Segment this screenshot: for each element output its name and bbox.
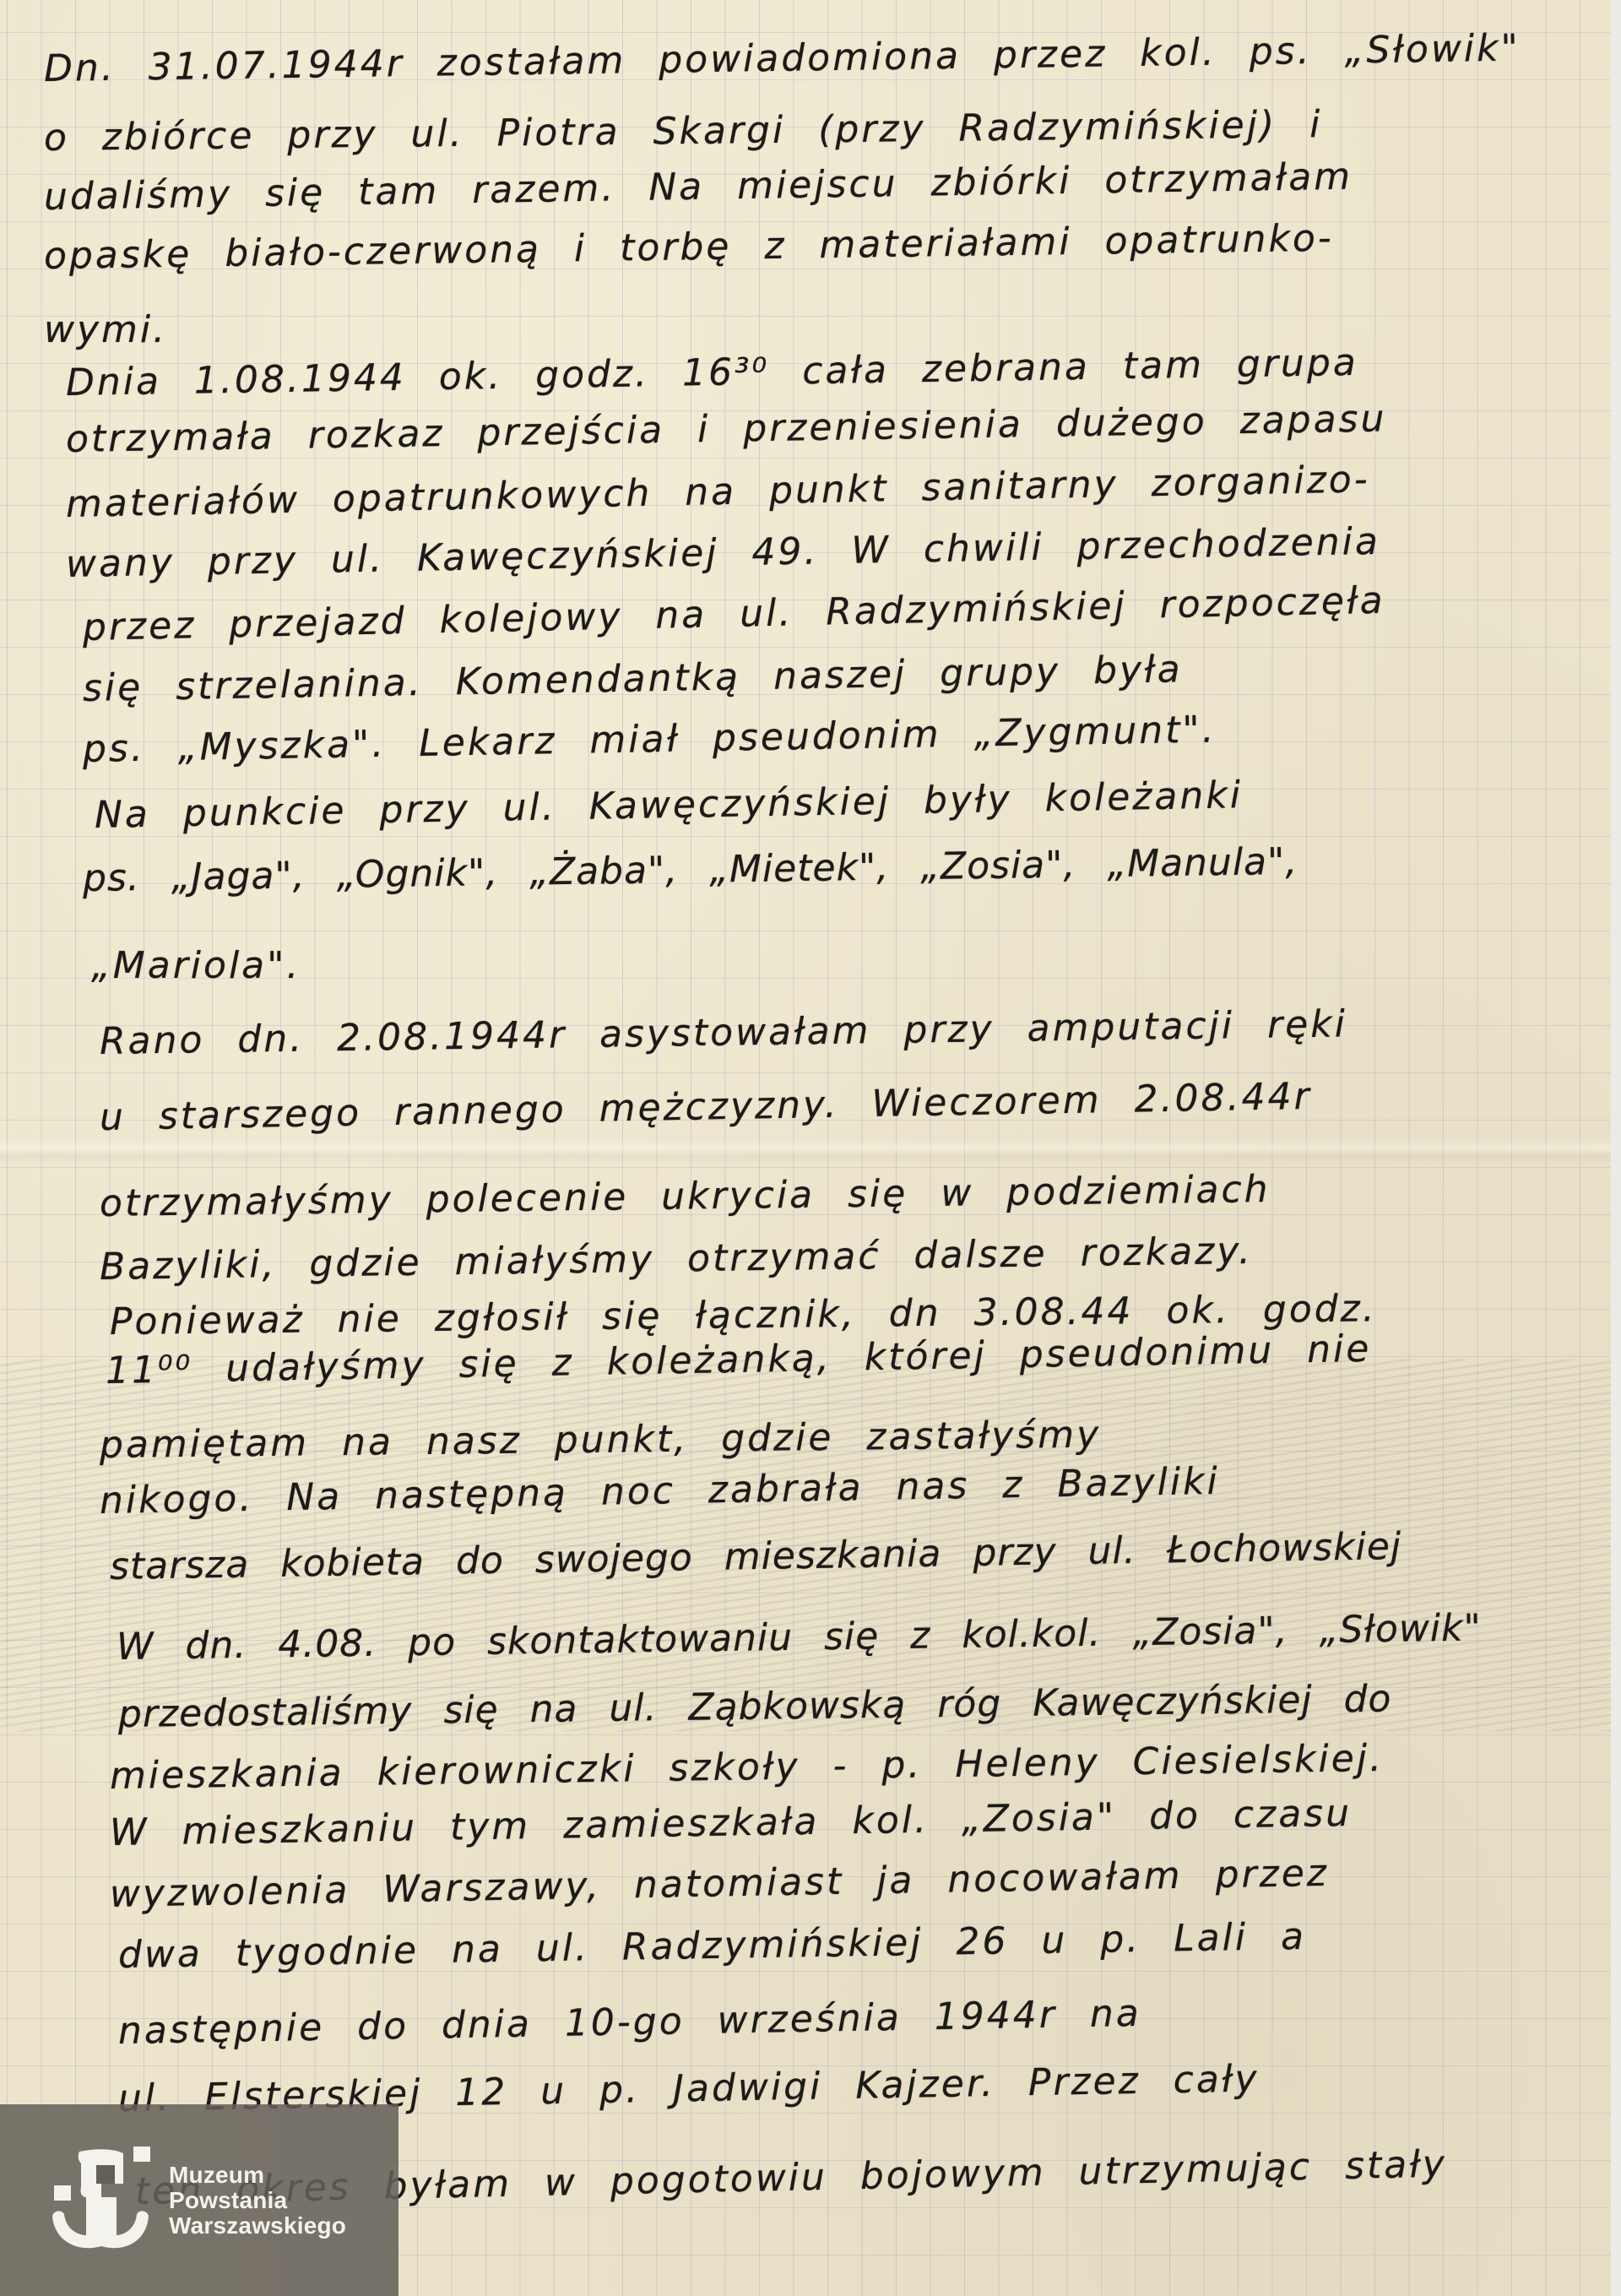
text-line-14: ps. „Jaga", „Ognik", „Żaba", „Mietek", „…	[83, 840, 1298, 900]
scanned-document-page: Dn. 31.07.1944r zostałam powiadomiona pr…	[0, 0, 1611, 2296]
text-line-13: Na punkcie przy ul. Kawęczyńskiej były k…	[95, 773, 1244, 837]
text-line-12: ps. „Myszka". Lekarz miał pseudonim „Zyg…	[83, 708, 1217, 771]
text-line-19: Bazyliki, gdzie miałyśmy otrzymać dalsze…	[100, 1229, 1254, 1289]
text-line-8: materiałów opatrunkowych na punkt sanita…	[66, 458, 1371, 526]
museum-name: Muzeum Powstania Warszawskiego	[169, 2163, 346, 2239]
museum-watermark: Muzeum Powstania Warszawskiego	[0, 2104, 398, 2296]
text-line-28: W mieszkaniu tym zamieszkała kol. „Zosia…	[110, 1792, 1353, 1854]
text-line-25: W dn. 4.08. po skontaktowaniu się z kol.…	[117, 1606, 1483, 1669]
text-line-5: wymi.	[44, 308, 167, 351]
text-line-11: się strzelanina. Komendantką naszej grup…	[83, 648, 1184, 710]
text-line-22: pamiętam na nasz punkt, gdzie zastałyśmy	[100, 1414, 1102, 1467]
text-line-23: nikogo. Na następną noc zabrała nas z Ba…	[100, 1460, 1221, 1523]
scan-edge-margin	[1611, 0, 1621, 2296]
text-line-26: przedostaliśmy się na ul. Ząbkowską róg …	[118, 1678, 1392, 1736]
text-line-18: otrzymałyśmy polecenie ukrycia się w pod…	[100, 1168, 1271, 1225]
text-line-27: mieszkania kierowniczki szkoły - p. Hele…	[110, 1737, 1385, 1798]
text-line-17: u starszego rannego mężczyzny. Wieczorem…	[100, 1075, 1312, 1139]
text-line-29: wyzwolenia Warszawy, natomiast ja nocowa…	[110, 1852, 1330, 1916]
text-line-6: Dnia 1.08.1944 ok. godz. 16³⁰ cała zebra…	[66, 341, 1359, 404]
text-line-24: starsza kobieta do swojego mieszkania pr…	[110, 1525, 1402, 1588]
text-line-15: „Mariola".	[91, 944, 301, 987]
text-line-16: Rano dn. 2.08.1944r asystowałam przy amp…	[100, 1002, 1348, 1063]
kotwica-anchor-logo-icon	[52, 2147, 150, 2255]
text-line-1: Dn. 31.07.1944r zostałam powiadomiona pr…	[44, 27, 1521, 90]
handwritten-text-body: Dn. 31.07.1944r zostałam powiadomiona pr…	[0, 0, 1611, 2296]
museum-name-line-1: Muzeum	[169, 2163, 346, 2188]
text-line-2: o zbiórce przy ul. Piotra Skargi (przy R…	[44, 103, 1323, 160]
text-line-9: wany przy ul. Kawęczyńskiej 49. W chwili…	[66, 520, 1381, 586]
text-line-7: otrzymała rozkaz przejścia i przeniesien…	[66, 397, 1387, 461]
museum-name-line-2: Powstania	[169, 2188, 346, 2213]
text-line-4: opaskę biało-czerwoną i torbę z materiał…	[44, 217, 1334, 278]
museum-name-line-3: Warszawskiego	[169, 2213, 346, 2239]
text-line-30: dwa tygodnie na ul. Radzymińskiej 26 u p…	[118, 1915, 1307, 1977]
text-line-31: następnie do dnia 10-go września 1944r n…	[118, 1992, 1142, 2053]
text-line-3: udaliśmy się tam razem. Na miejscu zbiór…	[44, 155, 1353, 219]
text-line-10: przez przejazd kolejowy na ul. Radzymińs…	[82, 579, 1385, 649]
